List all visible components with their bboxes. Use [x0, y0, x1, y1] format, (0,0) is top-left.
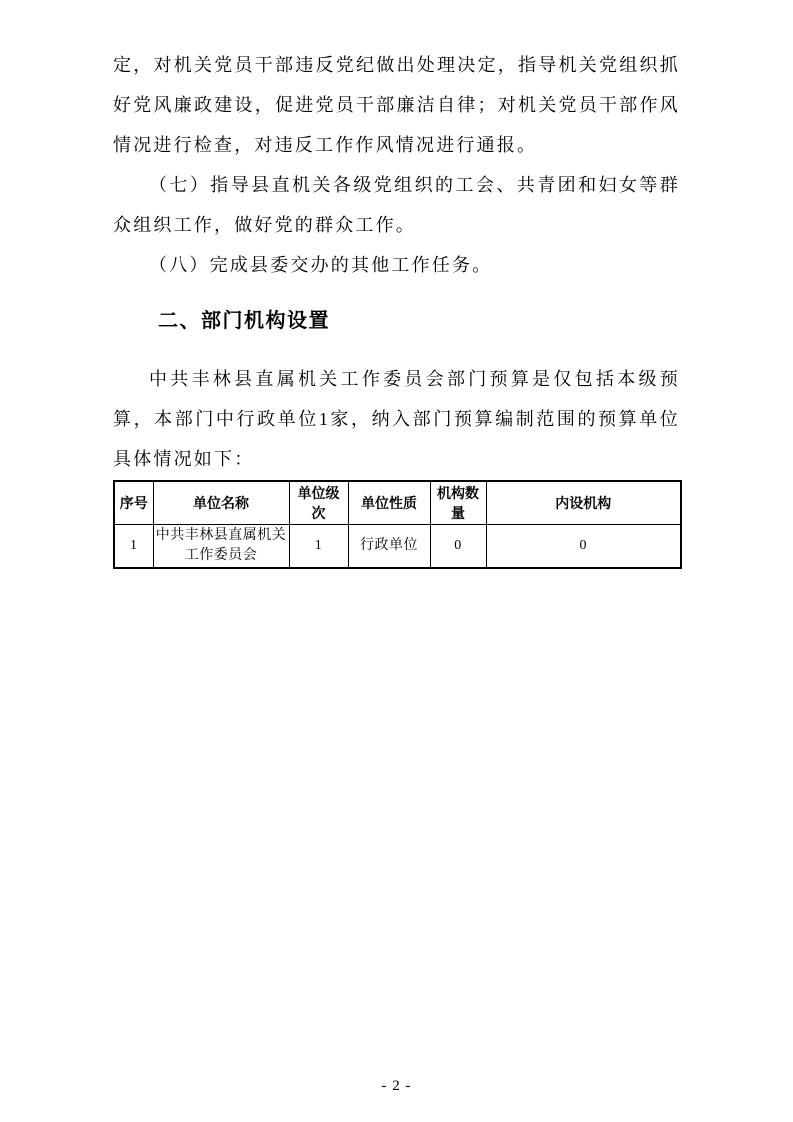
cell-unit-name: 中共丰林县直属机关工作委员会	[153, 525, 289, 569]
paragraph-continuation: 定，对机关党员干部违反党纪做出处理决定，指导机关党组织抓好党风廉政建设，促进党员…	[113, 45, 680, 165]
cell-org-count: 0	[430, 525, 486, 569]
cell-internal-orgs: 0	[486, 525, 681, 569]
table-row: 1 中共丰林县直属机关工作委员会 1 行政单位 0 0	[114, 525, 681, 569]
document-page: 定，对机关党员干部违反党纪做出处理决定，指导机关党组织抓好党风廉政建设，促进党员…	[0, 0, 793, 1122]
header-cell-internal-orgs: 内设机构	[486, 481, 681, 525]
cell-unit-type: 行政单位	[348, 525, 430, 569]
cell-index: 1	[114, 525, 153, 569]
section-intro-paragraph: 中共丰林县直属机关工作委员会部门预算是仅包括本级预算，本部门中行政单位1家，纳入…	[113, 359, 680, 479]
section-heading: 二、部门机构设置	[113, 301, 680, 341]
page-content: 定，对机关党员干部违反党纪做出处理决定，指导机关党组织抓好党风廉政建设，促进党员…	[113, 45, 680, 569]
page-number: - 2 -	[0, 1078, 793, 1095]
header-cell-unit-type: 单位性质	[348, 481, 430, 525]
table-header-row: 序号 单位名称 单位级次 单位性质 机构数量 内设机构	[114, 481, 681, 525]
header-cell-unit-name: 单位名称	[153, 481, 289, 525]
paragraph-item-8: （八）完成县委交办的其他工作任务。	[113, 245, 680, 285]
paragraph-item-7: （七）指导县直机关各级党组织的工会、共青团和妇女等群众组织工作，做好党的群众工作…	[113, 165, 680, 245]
header-cell-org-count: 机构数量	[430, 481, 486, 525]
header-cell-index: 序号	[114, 481, 153, 525]
header-cell-unit-level: 单位级次	[289, 481, 348, 525]
cell-unit-level: 1	[289, 525, 348, 569]
org-structure-table: 序号 单位名称 单位级次 单位性质 机构数量 内设机构 1 中共丰林县直属机关工…	[113, 480, 682, 569]
